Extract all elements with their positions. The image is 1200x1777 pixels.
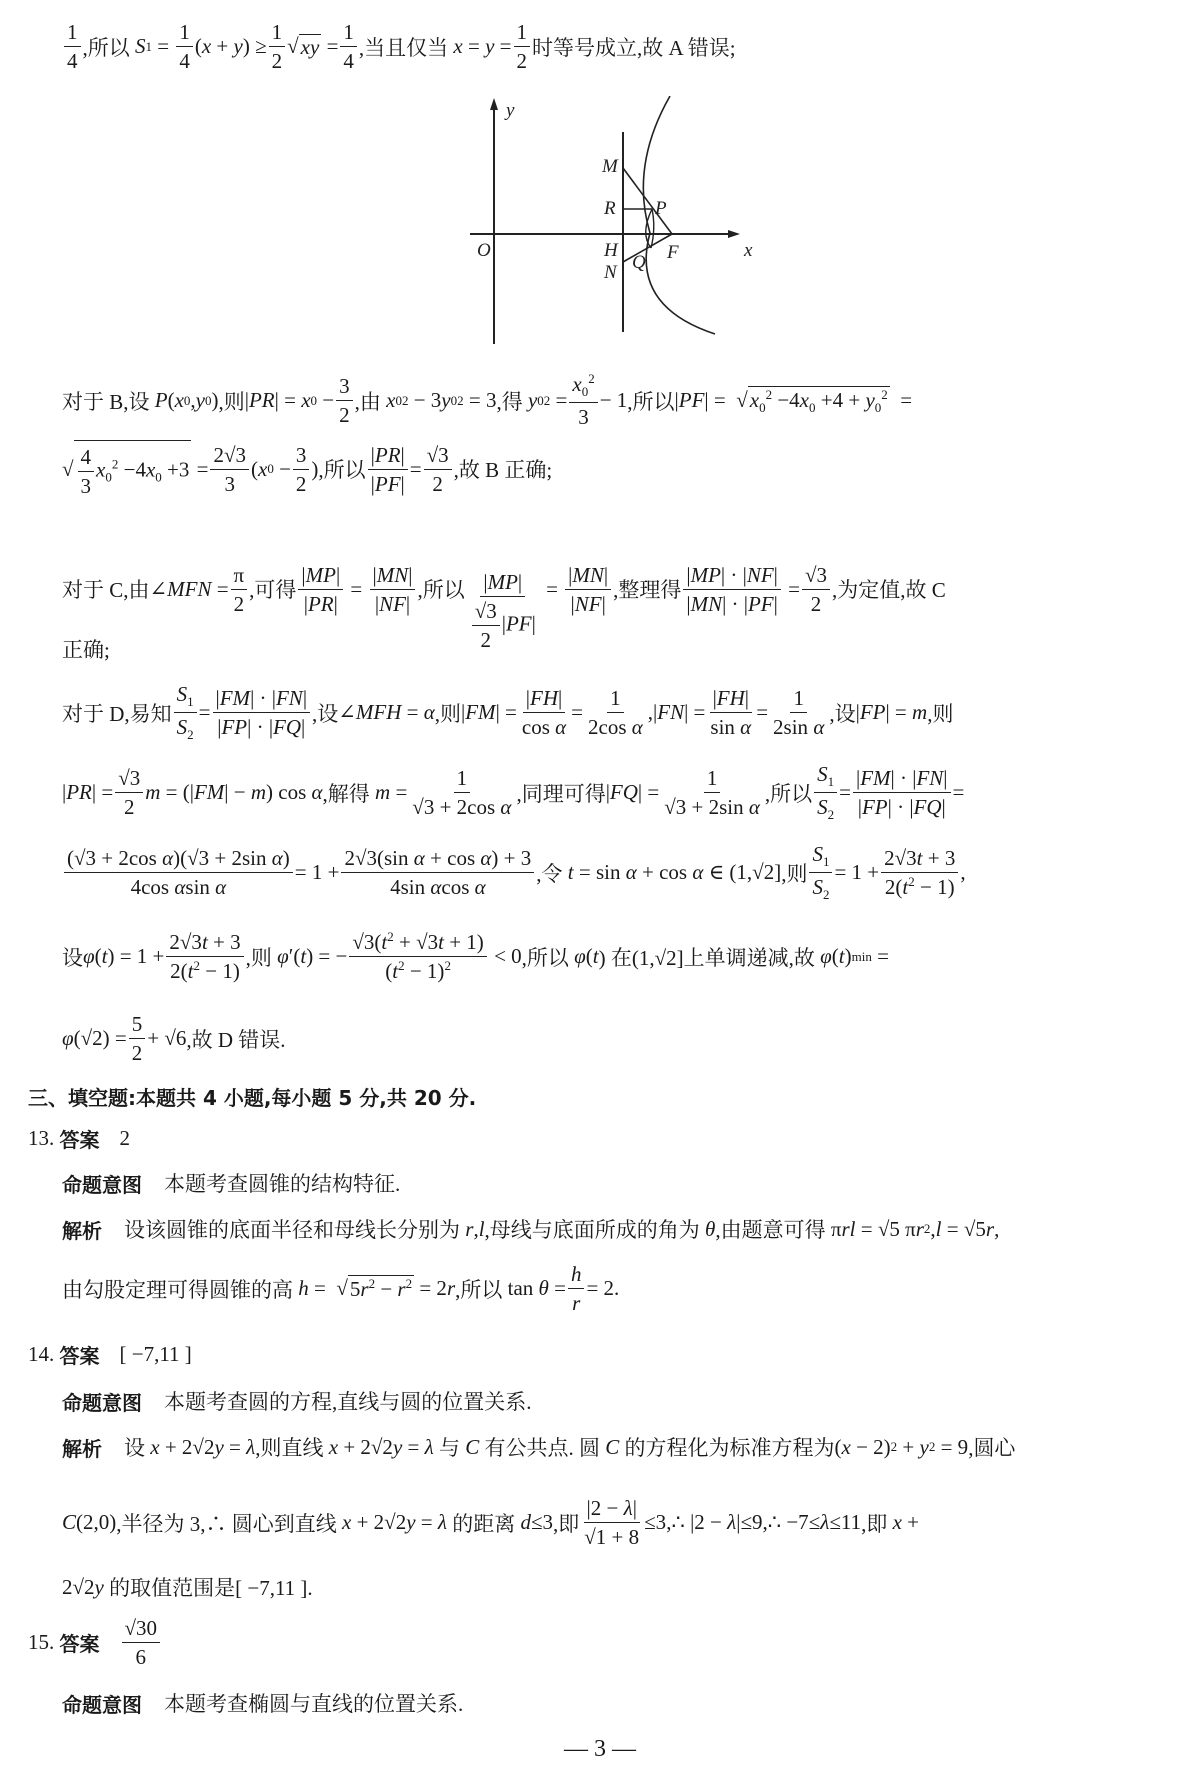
fraction: π2 xyxy=(231,563,248,616)
text: 三、填空题:本题共 4 小题,每小题 5 分,共 20 分. xyxy=(28,1082,476,1111)
text: ,设 xyxy=(312,698,338,728)
fraction: 52 xyxy=(129,1012,146,1065)
option-c-line-1: 对于 C,由 ∠MFN = π2 ,可得 |MP||PR| = |MN||NF|… xyxy=(62,526,946,652)
text: ,由 xyxy=(355,386,381,416)
fraction: |MN||NF| xyxy=(370,563,416,616)
fraction: 12cos α xyxy=(585,686,646,739)
question-number: 14. xyxy=(28,1342,54,1367)
q14-analysis-1: 解析 设 x + 2√2y = λ ,则直线 x + 2√2y = λ 与 C … xyxy=(62,1432,1015,1462)
label-x: x xyxy=(743,240,753,261)
intent-text: 本题考查椭圆与直线的位置关系. xyxy=(164,1688,463,1718)
label-f: F xyxy=(666,242,679,263)
fraction: 1√3 + 2sin α xyxy=(661,766,763,819)
fraction: |MP|√32|PF| xyxy=(467,570,539,652)
fraction: 2√3t + 32(t2 − 1) xyxy=(881,846,958,899)
text: 的距离 xyxy=(452,1508,515,1538)
text: ,母线与底面所成的角为 xyxy=(485,1214,700,1244)
text: ,故 D 错误. xyxy=(186,1024,285,1054)
fraction: √32 xyxy=(802,563,830,616)
label-y: y xyxy=(504,100,515,121)
fraction: 32 xyxy=(293,443,310,496)
analysis-label: 解析 xyxy=(62,1215,102,1244)
text: 上单调递减,故 xyxy=(684,942,815,972)
option-c-line-2: 正确; xyxy=(62,634,110,664)
fraction: |FM| · |FN||FP| · |FQ| xyxy=(853,766,951,819)
label-p: P xyxy=(654,198,667,219)
q14-answer: 14. 答案 [ −7,11 ] xyxy=(28,1340,192,1369)
fraction: |FH|cos α xyxy=(519,686,569,739)
fraction: |MP| · |NF||MN| · |PF| xyxy=(683,563,781,616)
fraction: 14 xyxy=(340,20,357,73)
text: 由勾股定理可得圆锥的高 xyxy=(62,1274,293,1304)
q14-analysis-2: C(2,0) ,半径为 3,∴ 圆心到直线 x + 2√2y = λ 的距离 d… xyxy=(62,1496,919,1549)
section-3-title: 三、填空题:本题共 4 小题,每小题 5 分,共 20 分. xyxy=(28,1082,476,1111)
fraction: 2√3(sin α + cos α) + 34sin αcos α xyxy=(341,846,534,899)
option-b-line-1: 对于 B,设 P(x0,y0) ,则 |PR| = x0 − 32 ,由 x02… xyxy=(62,372,912,429)
text: ,整理得 xyxy=(613,574,681,604)
question-number: 13. xyxy=(28,1126,54,1151)
text: ,故 B 正确; xyxy=(454,454,553,484)
intent-label: 命题意图 xyxy=(62,1169,142,1198)
text: 对于 C,由 xyxy=(62,574,150,604)
text: ,半径为 3,∴ 圆心到直线 xyxy=(116,1508,337,1538)
text: ,设 xyxy=(829,698,855,728)
q15-answer: 15. 答案 √306 xyxy=(28,1616,162,1669)
label-n: N xyxy=(603,262,618,283)
q15-intent: 命题意图 本题考查椭圆与直线的位置关系. xyxy=(62,1688,463,1718)
text: ,令 xyxy=(536,858,562,888)
text: ,所以 xyxy=(455,1274,502,1304)
text: ,则 xyxy=(435,698,461,728)
fraction: |PR||PF| xyxy=(368,443,408,496)
fraction: 43 xyxy=(78,445,95,498)
option-d-line-2: |PR| = √32 m = (|FM| − m) cos α ,解得 m = … xyxy=(62,762,964,823)
answer-fraction: √306 xyxy=(122,1616,161,1669)
text: 的方程化为标准方程为 xyxy=(625,1432,835,1462)
text: ,圆心 xyxy=(968,1432,1015,1462)
y-axis-arrow-icon xyxy=(490,98,498,110)
fraction: 12 xyxy=(269,20,286,73)
text: 有公共点. 圆 xyxy=(484,1432,600,1462)
label-h: H xyxy=(603,240,619,261)
fraction: 12sin α xyxy=(770,686,827,739)
text: ,所以 xyxy=(765,778,812,808)
text: ,∴ xyxy=(762,1510,781,1535)
fraction: √32 xyxy=(115,766,143,819)
hyperbola-figure: y x O M R P H F N Q xyxy=(470,96,770,346)
text: 设 xyxy=(62,942,83,972)
analysis-label: 解析 xyxy=(62,1433,102,1462)
text: ,所以 xyxy=(522,942,569,972)
fraction: 1√3 + 2cos α xyxy=(409,766,514,819)
text: ,所以 xyxy=(83,32,130,62)
text: ,可得 xyxy=(249,574,296,604)
text: ,则 xyxy=(246,942,272,972)
x-axis-arrow-icon xyxy=(728,230,740,238)
fraction: 14 xyxy=(64,20,81,73)
text: ,得 xyxy=(496,386,522,416)
text: 时等号成立,故 A 错误; xyxy=(532,32,736,62)
intent-text: 本题考查圆锥的结构特征. xyxy=(164,1168,400,1198)
option-a-conclusion: 14 ,所以 S1 = 14 (x + y) ≥ 12 √xy = 14 ,当且… xyxy=(62,20,736,73)
text: 对于 D,易知 xyxy=(62,698,172,728)
answer-label: 答案 xyxy=(60,1340,100,1369)
fraction: hr xyxy=(568,1262,585,1315)
fraction: 32 xyxy=(336,374,353,427)
option-d-line-1: 对于 D,易知 S1S2 = |FM| · |FN||FP| · |FQ| ,设… xyxy=(62,682,953,743)
text: ,则 xyxy=(927,698,953,728)
fraction: |FM| · |FN||FP| · |FQ| xyxy=(213,686,311,739)
text: 对于 B,设 xyxy=(62,386,150,416)
question-number: 15. xyxy=(28,1630,54,1655)
answer-value: 2 xyxy=(120,1126,131,1151)
fraction: 2√3t + 32(t2 − 1) xyxy=(166,930,243,983)
text: ,所以 xyxy=(417,574,464,604)
q14-intent: 命题意图 本题考查圆的方程,直线与圆的位置关系. xyxy=(62,1386,532,1416)
text: 设该圆锥的底面半径和母线长分别为 xyxy=(124,1214,460,1244)
text: ,即 xyxy=(861,1508,887,1538)
label-m: M xyxy=(601,156,619,177)
fraction: 12 xyxy=(514,20,531,73)
option-d-line-4: 设 φ(t) = 1 + 2√3t + 32(t2 − 1) ,则 φ′(t) … xyxy=(62,930,889,983)
q13-analysis-2: 由勾股定理可得圆锥的高 h = √5r2 − r2 = 2r ,所以 tan θ… xyxy=(62,1262,619,1315)
fraction: √3(t2 + √3t + 1)(t2 − 1)2 xyxy=(349,930,486,983)
text: ,同理可得 xyxy=(516,778,605,808)
text: ,所以 xyxy=(318,454,365,484)
label-o: O xyxy=(477,240,491,261)
fraction: 2√33 xyxy=(210,443,249,496)
option-b-line-2: √ 43x02 −4x0 +3 = 2√33 (x0 − 32) ,所以 |PR… xyxy=(62,440,552,498)
fraction: S1S2 xyxy=(809,842,832,903)
answer-value: [ −7,11 ] xyxy=(120,1342,192,1367)
intent-label: 命题意图 xyxy=(62,1689,142,1718)
text: ,则 xyxy=(781,858,807,888)
text: 的取值范围是[ −7,11 ]. xyxy=(109,1572,313,1602)
fraction: √32 xyxy=(424,443,452,496)
fraction: x023 xyxy=(569,372,597,429)
fraction: |MP||PR| xyxy=(298,563,343,616)
fraction: S1S2 xyxy=(814,762,837,823)
q13-answer: 13. 答案 2 xyxy=(28,1124,130,1153)
intent-text: 本题考查圆的方程,直线与圆的位置关系. xyxy=(164,1386,532,1416)
fraction: S1S2 xyxy=(174,682,197,743)
fraction: |2 − λ|√1 + 8 xyxy=(581,1496,642,1549)
q13-analysis-1: 解析 设该圆锥的底面半径和母线长分别为 r,l ,母线与底面所成的角为 θ ,由… xyxy=(62,1214,999,1244)
text: ,即 xyxy=(553,1508,579,1538)
text: 与 xyxy=(439,1432,460,1462)
text: ,∴ xyxy=(666,1510,685,1535)
answer-label: 答案 xyxy=(60,1124,100,1153)
fraction: (√3 + 2cos α)(√3 + 2sin α)4cos αsin α xyxy=(64,846,293,899)
answer-label: 答案 xyxy=(60,1628,100,1657)
text: 正确; xyxy=(62,634,110,664)
text: 设 xyxy=(124,1432,145,1462)
text: ,由题意可得 xyxy=(715,1214,825,1244)
fraction: 14 xyxy=(176,20,193,73)
text: ,为定值,故 C xyxy=(832,574,946,604)
text: ,当且仅当 xyxy=(359,32,448,62)
q14-analysis-3: 2√2y 的取值范围是[ −7,11 ]. xyxy=(62,1572,313,1602)
text: ,则直线 xyxy=(255,1432,323,1462)
fraction: |MN||NF| xyxy=(565,563,611,616)
label-r: R xyxy=(603,198,616,219)
page-number: — 3 — xyxy=(0,1736,1200,1763)
text: ,所以 xyxy=(627,386,674,416)
option-d-line-5: φ(√2) = 52 + √6 ,故 D 错误. xyxy=(62,1012,286,1065)
text: ,解得 xyxy=(323,778,370,808)
text: ,则 xyxy=(219,386,245,416)
label-q: Q xyxy=(632,252,646,273)
intent-label: 命题意图 xyxy=(62,1387,142,1416)
option-d-line-3: (√3 + 2cos α)(√3 + 2sin α)4cos αsin α = … xyxy=(62,842,966,903)
q13-intent: 命题意图 本题考查圆锥的结构特征. xyxy=(62,1168,400,1198)
fraction: |FH|sin α xyxy=(707,686,754,739)
